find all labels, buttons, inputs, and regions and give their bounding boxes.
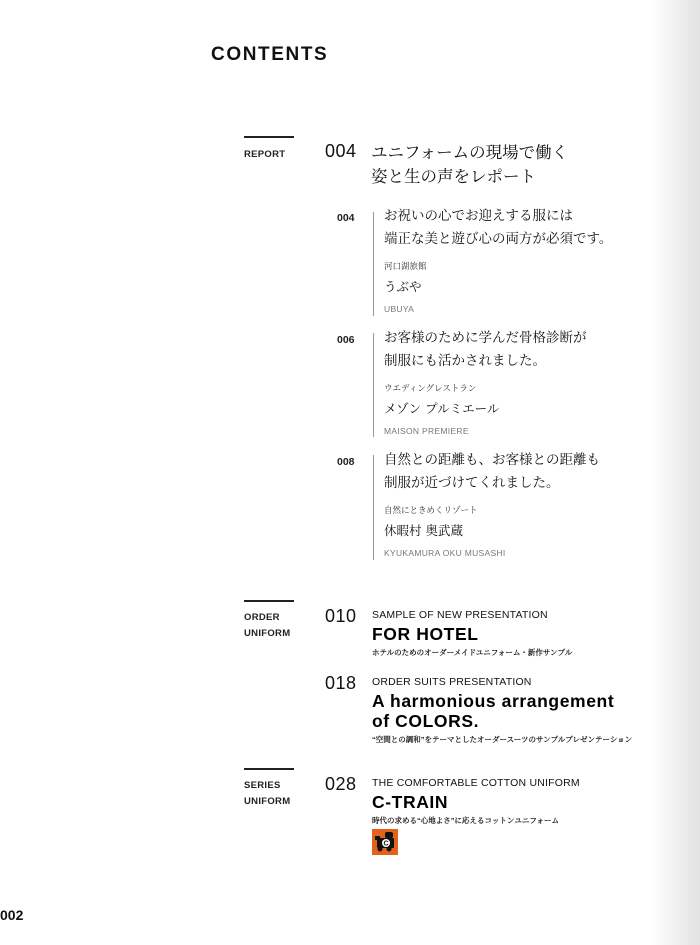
report-heading-line: 姿と生の声をレポート [371,165,568,189]
feature-kicker: SAMPLE OF NEW PRESENTATION [372,609,682,621]
feature-description: 時代の求める“心地よさ”に応えるコットンユニフォーム [372,815,682,826]
feature-number[interactable]: 028 [325,774,357,795]
article-kicker: 自然にときめくリゾート [384,504,684,516]
section-label-line: SERIES [244,778,290,794]
section-rule-order-uniform [244,600,294,602]
feature-title: A harmonious arrangement of COLORS. [372,691,682,731]
section-label-order-uniform: ORDER UNIFORM [244,610,290,642]
article-heading: お客様のために学んだ骨格診断が 制服にも活かされました。 [384,327,684,373]
feature-entry-colors[interactable]: ORDER SUITS PRESENTATION A harmonious ar… [372,676,682,745]
feature-title-line: C-TRAIN [372,792,682,812]
feature-number[interactable]: 018 [325,673,357,694]
article-heading-line: 制服が近づけてくれました。 [384,472,684,495]
article-number[interactable]: 004 [337,212,355,224]
article-name-en: KYUKAMURA OKU MUSASHI [384,548,684,558]
feature-title: FOR HOTEL [372,624,682,644]
section-rule-series-uniform [244,768,294,770]
feature-entry-c-train[interactable]: THE COMFORTABLE COTTON UNIFORM C-TRAIN 時… [372,777,682,826]
article-heading-line: 自然との距離も、お客様との距離も [384,449,684,472]
page-number: 002 [0,907,23,923]
article-heading: お祝いの心でお迎えする服には 端正な美と遊び心の両方が必須です。 [384,205,684,251]
report-heading[interactable]: ユニフォームの現場で働く 姿と生の声をレポート [371,141,568,189]
section-label-line: UNIFORM [244,626,290,642]
feature-kicker: ORDER SUITS PRESENTATION [372,676,682,688]
article-heading: 自然との距離も、お客様との距離も 制服が近づけてくれました。 [384,449,684,495]
article-name: うぶや [384,277,684,295]
section-label-report: REPORT [244,147,285,163]
svg-text:C: C [383,841,388,848]
article-heading-line: お客様のために学んだ骨格診断が [384,327,684,350]
feature-entry-for-hotel[interactable]: SAMPLE OF NEW PRESENTATION FOR HOTEL ホテル… [372,609,682,658]
article-number[interactable]: 006 [337,334,355,346]
article-divider [373,333,374,437]
article-kicker: 河口湖旅館 [384,260,684,272]
article-name: メゾン プルミエール [384,399,684,417]
section-label-line: UNIFORM [244,794,290,810]
feature-title-line: of COLORS. [372,711,682,731]
section-number-report[interactable]: 004 [325,141,357,162]
article-heading-line: お祝いの心でお迎えする服には [384,205,684,228]
article-heading-line: 制服にも活かされました。 [384,350,684,373]
article-divider [373,212,374,316]
section-rule-report [244,136,294,138]
article-number[interactable]: 008 [337,456,355,468]
section-label-series-uniform: SERIES UNIFORM [244,778,290,810]
feature-title-line: A harmonious arrangement [372,691,682,711]
c-train-logo-icon: C [372,829,398,855]
article-divider [373,455,374,560]
article-name-en: MAISON PREMIERE [384,426,684,436]
feature-kicker: THE COMFORTABLE COTTON UNIFORM [372,777,682,789]
feature-title: C-TRAIN [372,792,682,812]
article-name-en: UBUYA [384,304,684,314]
article-entry[interactable]: お客様のために学んだ骨格診断が 制服にも活かされました。 ウエディングレストラン… [384,327,684,436]
feature-title-line: FOR HOTEL [372,624,682,644]
article-entry[interactable]: 自然との距離も、お客様との距離も 制服が近づけてくれました。 自然にときめくリゾ… [384,449,684,558]
article-heading-line: 端正な美と遊び心の両方が必須です。 [384,228,684,251]
section-label-line: ORDER [244,610,290,626]
article-kicker: ウエディングレストラン [384,382,684,394]
report-heading-line: ユニフォームの現場で働く [371,141,568,165]
page-title: CONTENTS [211,44,328,66]
article-entry[interactable]: お祝いの心でお迎えする服には 端正な美と遊び心の両方が必須です。 河口湖旅館 う… [384,205,684,314]
article-name: 休暇村 奥武蔵 [384,521,684,539]
feature-description: ホテルのためのオーダーメイドユニフォーム・新作サンプル [372,647,682,658]
feature-description: “空間との調和”をテーマとしたオーダースーツのサンプルプレゼンテーション [372,734,682,745]
feature-number[interactable]: 010 [325,606,357,627]
